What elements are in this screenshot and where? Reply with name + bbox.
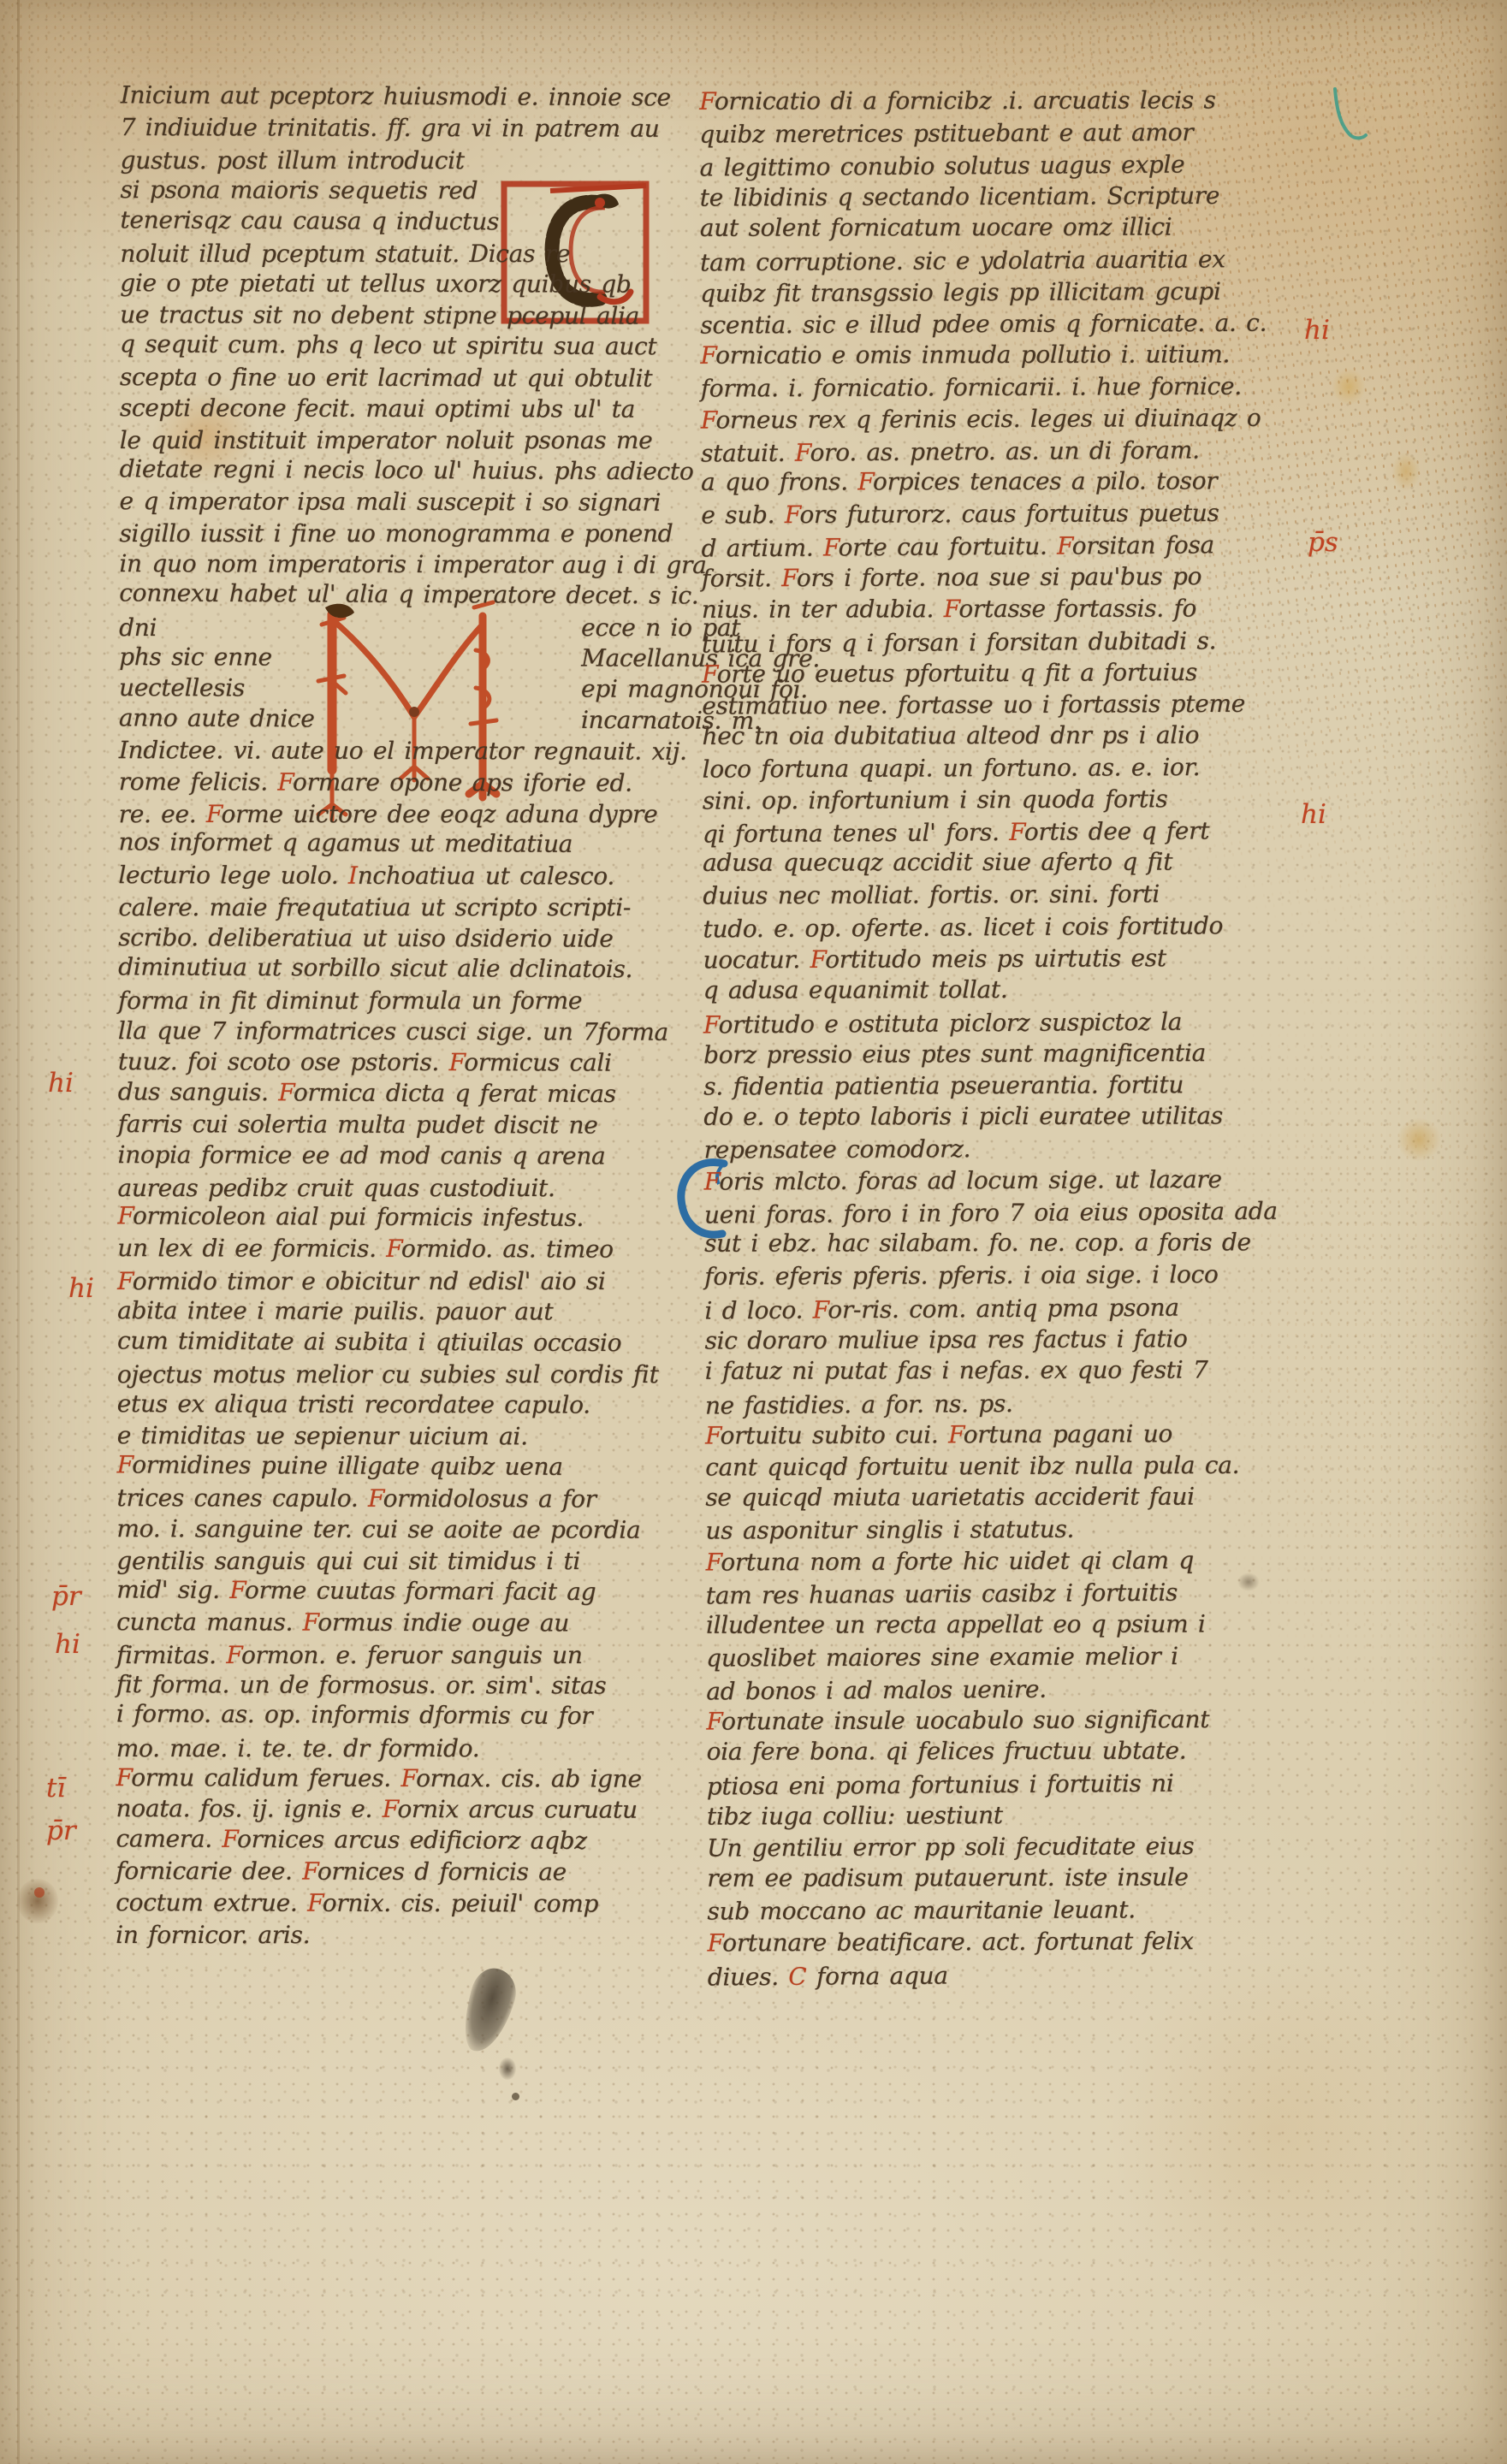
margin-note-right: hi (1304, 318, 1330, 342)
text-line: scentia. sic e illud pdee omis q fornica… (700, 306, 1312, 341)
rubricated-letter: F (706, 1549, 721, 1577)
text-line: Fortunare beatificare. act. fortunat fel… (708, 1925, 1320, 1959)
rubricated-letter: F (857, 467, 873, 495)
margin-note-left: tī (46, 1776, 65, 1800)
text-line: coctum extrue. Fornix. cis. peiuil' comp (116, 1887, 715, 1920)
text-line: connexu habet ul' alia q imperatore dece… (119, 578, 718, 613)
text-line: a quo frons. Forpices tenaces a pilo. to… (701, 465, 1313, 498)
text-line: foris. eferis pferis. pferis. i oia sige… (704, 1259, 1316, 1293)
rubricated-letter: F (222, 1825, 237, 1853)
ink-blot-speck (512, 2093, 519, 2100)
rubricated-letter: F (302, 1857, 317, 1886)
text-line: nius. in ter adubia. Fortasse fortassis.… (702, 592, 1314, 625)
text-line: Indictee. vi. aute uo el imperator regna… (119, 735, 718, 767)
text-line: statuit. Foro. as. pnetro. as. un di for… (701, 434, 1313, 470)
parchment-stain (1391, 452, 1421, 491)
rubricated-letter: F (117, 1201, 133, 1229)
rubricated-letter: F (948, 1420, 964, 1448)
text-line: i fatuz ni putat fas i nefas. ex quo fes… (705, 1353, 1317, 1387)
text-line: Fortuitu subito cui. Fortuna pagani uo (705, 1417, 1317, 1451)
text-line: d artium. Forte cau fortuitu. Forsitan f… (701, 529, 1313, 565)
rubricated-letter: F (383, 1795, 398, 1823)
rubricated-letter: F (206, 800, 222, 828)
text-line: i d loco. For-ris. com. antiq pma psona (704, 1290, 1316, 1326)
rubricated-letter: F (795, 439, 810, 467)
text-line: Fortitudo e ostituta piclorz suspictoz l… (703, 1004, 1315, 1040)
text-line: ad bonos i ad malos uenire. (706, 1671, 1318, 1707)
text-line: noata. fos. ij. ignis e. Fornix arcus cu… (116, 1794, 715, 1827)
text-line: uocatur. Fortitudo meis ps uirtutis est (703, 941, 1315, 975)
text-line: dus sanguis. Formica dicta q ferat micas (118, 1076, 717, 1111)
text-line: fit forma. un de formosus. or. sim'. sit… (116, 1669, 715, 1702)
text-line: noluit illud pceptum statuit. Dicas re (120, 239, 719, 269)
text-line: i formo. as. op. informis dformis cu for (116, 1699, 715, 1733)
rubricated-letter: F (785, 500, 800, 529)
rubricated-letter: F (810, 945, 825, 973)
text-line: firmitas. Formon. e. feruor sanguis un (116, 1640, 715, 1671)
text-line: lla que 7 informatrices cusci sige. un 7… (118, 1016, 717, 1048)
text-line: Formidines puine illigate quibz uena (117, 1450, 716, 1484)
text-line: sigillo iussit i fine uo monogramma e po… (119, 518, 718, 549)
text-line: rem ee padisum putauerunt. iste insule (707, 1861, 1319, 1894)
text-line: gentilis sanguis qui cui sit timidus i t… (116, 1546, 715, 1577)
text-line: Forte uo euetus pfortuitu q fit a fortui… (702, 655, 1314, 690)
text-line: Un gentiliu error pp soli fecuditate eiu… (707, 1830, 1319, 1864)
manuscript-page: { "page": { "kind": "medieval manuscript… (0, 0, 1507, 2464)
text-line: camera. Fornices arcus edificiorz aqbz (116, 1823, 715, 1857)
edge-smudge (17, 1879, 58, 1923)
rubricated-letter: F (706, 1707, 721, 1735)
text-line: rome felicis. Formare opone aps iforie e… (119, 767, 718, 799)
text-line: hec tn oia dubitatiua alteod dnr ps i al… (702, 719, 1314, 752)
fiber (1311, 84, 1388, 161)
text-line: in quo nom imperatoris i imperator aug i… (119, 548, 718, 581)
text-line: quibz meretrices pstituebant e aut amor (699, 116, 1311, 151)
text-line: forma. i. fornicatio. fornicarii. i. hue… (701, 370, 1313, 404)
parchment-stain (1112, 1951, 1438, 2310)
text-line: Foris mlcto. foras ad locum sige. ut laz… (704, 1164, 1316, 1198)
margin-note-left: hi (55, 1632, 80, 1656)
rubricated-letter: F (813, 1295, 828, 1324)
text-line: e timiditas ue sepienur uicium ai. (117, 1420, 716, 1453)
text-column-left: Inicium aut pceptorz huiusmodi e. innoie… (116, 81, 720, 1951)
text-line: gustus. post illum introducit (121, 145, 720, 176)
margin-note-left: hi (68, 1276, 94, 1300)
text-line: scribo. deliberatiua ut uiso dsiderio ui… (118, 922, 717, 955)
rubricated-letter: F (277, 767, 293, 796)
text-line: sut i ebz. hac silabam. fo. ne. cop. a f… (704, 1227, 1316, 1260)
margin-note-left: hi (48, 1071, 74, 1095)
text-line: cum timiditate ai subita i qtiuilas occa… (117, 1325, 716, 1359)
text-line: qi fortuna tenes ul' fors. Fortis dee q … (703, 814, 1314, 850)
text-line: tuuz. foi scoto ose pstoris. Formicus ca… (118, 1046, 717, 1079)
margin-note-right: hi (1301, 803, 1326, 826)
text-line: ne fastidies. a for. ns. ps. (705, 1385, 1317, 1421)
text-line: q adusa equanimit tollat. (703, 973, 1315, 1006)
text-line: anno aute dniceincarnatois. m. (119, 702, 718, 737)
text-line: diues. C forna aqua (708, 1957, 1320, 1993)
text-line: Fornicatio e omis inmuda pollutio i. uit… (700, 338, 1312, 371)
text-line: do e. o tepto laboris i picli euratee ut… (703, 1099, 1315, 1133)
rubricated-letter: F (703, 1010, 719, 1039)
text-column-right: Fornicatio di a fornicibz .i. arcuatis l… (699, 84, 1320, 1991)
text-line: tam corruptione. sic e ydolatria auariti… (700, 243, 1312, 279)
text-line: abita intee i marie puilis. pauor aut (117, 1295, 716, 1328)
text-line: sini. op. infortunium i sin quoda fortis (703, 783, 1314, 817)
rubricated-letter: F (400, 1764, 416, 1792)
text-line: inopia formice ee ad mod canis q arena (118, 1140, 717, 1172)
rubricated-letter: F (303, 1608, 318, 1637)
text-line: adusa quecuqz accidit siue aferto q fit (703, 845, 1314, 879)
text-line: Fortunate insule uocabulo suo significan… (706, 1703, 1318, 1737)
rubricated-letter: F (944, 595, 959, 623)
text-line: duius nec molliat. fortis. or. sini. for… (703, 878, 1314, 912)
text-line: phs sic enneMacellanus ica gre. (119, 642, 718, 674)
text-line: a legittimo conubio solutus uagus exple (699, 148, 1311, 184)
text-line: scepti decone fecit. maui optimi ubs ul'… (120, 393, 719, 425)
rubricated-letter: F (705, 1421, 721, 1449)
rubricated-letter: F (781, 564, 797, 592)
text-line: trices canes capulo. Formidolosus a for (116, 1483, 715, 1515)
text-line: gie o pte pietati ut tellus uxorz quibus… (120, 268, 719, 300)
ink-blot (455, 1963, 522, 2058)
text-line: cuncta manus. Formus indie ouge au (116, 1607, 715, 1639)
parchment-stain (1397, 1117, 1441, 1162)
text-line: sub moccano ac mauritanie leuant. (707, 1893, 1319, 1928)
text-line: forsit. Fors i forte. noa sue si pau'bus… (702, 560, 1314, 595)
text-line: Fornicatio di a fornicibz .i. arcuatis l… (699, 84, 1311, 117)
text-line: ojectus motus melior cu subies sul cordi… (117, 1359, 716, 1390)
text-line: quoslibet maiores sine examie melior i (706, 1639, 1318, 1673)
rubricated-letter: F (700, 341, 715, 370)
text-line: cant quicqd fortuitu uenit ibz nulla pul… (705, 1448, 1317, 1483)
text-line: le quid instituit imperator noluit psona… (120, 425, 719, 456)
text-line: calere. maie frequtatiua ut scripto scri… (118, 892, 717, 923)
rubricated-letter: F (1009, 818, 1024, 846)
rubricated-letter: F (368, 1484, 383, 1512)
text-line: Formicoleon aial pui formicis infestus. (117, 1200, 716, 1235)
text-line: se quicqd miuta uarietatis acciderit fau… (705, 1480, 1317, 1513)
text-line: loco fortuna quapi. un fortuno. as. e. i… (703, 750, 1314, 785)
text-line: Fortuna nom a forte hic uidet qi clam q (706, 1544, 1318, 1578)
ink-blot-tail (499, 2058, 516, 2080)
rubricated-letter: F (117, 1267, 133, 1295)
rubricated-letter: F (229, 1576, 245, 1604)
text-line: q sequit cum. phs q leco ut spiritu sua … (120, 329, 719, 363)
text-line: te libidinis q sectando licentiam. Scrip… (700, 180, 1312, 214)
rubricated-letter: F (699, 87, 715, 115)
text-line: tibz iuga colliu: uestiunt (707, 1798, 1319, 1832)
text-line: mo. mae. i. te. te. dr formido. (116, 1733, 715, 1764)
text-line: un lex di ee formicis. Formido. as. time… (117, 1234, 716, 1266)
text-line: aureas pedibz cruit quas custodiuit. (117, 1173, 716, 1204)
text-line: dniecce n io pat (119, 613, 718, 643)
text-line: lecturio lege uolo. Inchoatiua ut calesc… (118, 860, 717, 892)
text-line: s. fidentia patientia pseuerantia. forti… (703, 1068, 1315, 1102)
text-line: us asponitur singlis i statutus. (705, 1513, 1317, 1547)
rubricated-letter: F (823, 534, 839, 562)
text-line: ue tractus sit no debent stipne pcepul a… (120, 299, 719, 332)
text-line: Formido timor e obicitur nd edisl' aio s… (117, 1266, 716, 1297)
text-line: Formu calidum ferues. Fornax. cis. ab ig… (116, 1762, 715, 1795)
text-line: 7 indiuidue trinitatis. ff. gra vi in pa… (121, 112, 720, 145)
rubricated-letter: F (386, 1235, 401, 1263)
text-line: re. ee. Forme uictore dee eoqz aduna dyp… (119, 799, 718, 830)
rubricated-letter: F (116, 1763, 132, 1792)
rubricated-letter: F (117, 1451, 133, 1479)
text-line: estimatiuo nee. fortasse uo i fortassis … (702, 687, 1314, 721)
text-line: tam res huanas uariis casibz i fortuitis (706, 1576, 1318, 1612)
page-edge-crease (17, 0, 20, 2464)
text-line: scepta o fine uo erit lacrimad ut qui ob… (120, 362, 719, 394)
rubricated-letter: F (708, 1929, 723, 1958)
rubricated-letter: C (788, 1962, 806, 1990)
text-line: quibz fit transgssio legis pp illicitam … (700, 275, 1312, 309)
text-line: oia fere bona. qi felices fructuu ubtate… (707, 1734, 1319, 1768)
margin-note-left: p̄r (51, 1584, 81, 1608)
text-line: repensatee comodorz. (703, 1132, 1315, 1166)
text-line: tuitu i fors q i forsan i forsitan dubit… (702, 624, 1314, 660)
rubricated-letter: F (449, 1048, 465, 1076)
rubricated-letter: F (307, 1888, 323, 1916)
text-line: si psona maioris sequetis red (120, 175, 719, 207)
text-line: forma in fit diminut formula un forme (118, 986, 717, 1016)
text-line: fornicarie dee. Fornices d fornicis ae (116, 1856, 715, 1888)
text-line: Forneus rex q ferinis ecis. leges ui diu… (701, 401, 1313, 435)
edge-smudge-red-fleck (34, 1887, 44, 1898)
rubricated-letter: F (704, 1168, 720, 1196)
text-line: uectellesisepi magnonoui foi. (119, 673, 718, 706)
rubricated-letter: F (226, 1641, 241, 1669)
margin-note-right: p̄s (1308, 530, 1338, 554)
text-line: nos informet q agamus ut meditatiua (118, 827, 717, 862)
text-line: e q imperator ipsa mali suscepit i so si… (120, 486, 719, 518)
text-line: tenerisqz cau causa q inductus (120, 204, 719, 239)
text-line: e sub. Fors futurorz. caus fortuitus pue… (701, 497, 1313, 531)
text-line: etus ex aliqua tristi recordatee capulo. (117, 1389, 716, 1421)
rubricated-letter: F (702, 660, 717, 688)
text-line: mid' sig. Forme cuutas formari facit ag (116, 1574, 715, 1608)
text-line: illudentee un recta appellat eo q psium … (706, 1608, 1318, 1641)
text-line: borz pressio eius ptes sunt magnificenti… (703, 1036, 1315, 1070)
text-line: ptiosa eni poma fortunius i fortuitis ni (707, 1766, 1319, 1802)
rubricated-letter: I (348, 862, 358, 890)
text-line: dietate regni i necis loco ul' huius. ph… (120, 453, 719, 488)
text-line: tudo. e. op. oferte. as. licet i cois fo… (703, 909, 1314, 945)
text-line: diminutiua ut sorbillo sicut alie dclina… (118, 951, 717, 986)
text-line: Inicium aut pceptorz huiusmodi e. innoie… (121, 80, 720, 114)
rubricated-letter: F (701, 406, 716, 434)
rubricated-letter: F (1057, 532, 1072, 560)
text-line: sic doraro muliue ipsa res factus i fati… (704, 1322, 1316, 1356)
text-line: aut solent fornicatum uocare omz illici (700, 211, 1312, 245)
text-line: in fornicor. aris. (116, 1920, 715, 1951)
margin-note-left: p̄r (46, 1819, 76, 1843)
parchment-stain (1332, 368, 1366, 406)
text-line: mo. i. sanguine ter. cui se aoite ae pco… (116, 1513, 715, 1546)
text-line: farris cui solertia multa pudet discit n… (118, 1109, 717, 1141)
rubricated-letter: F (278, 1078, 294, 1106)
